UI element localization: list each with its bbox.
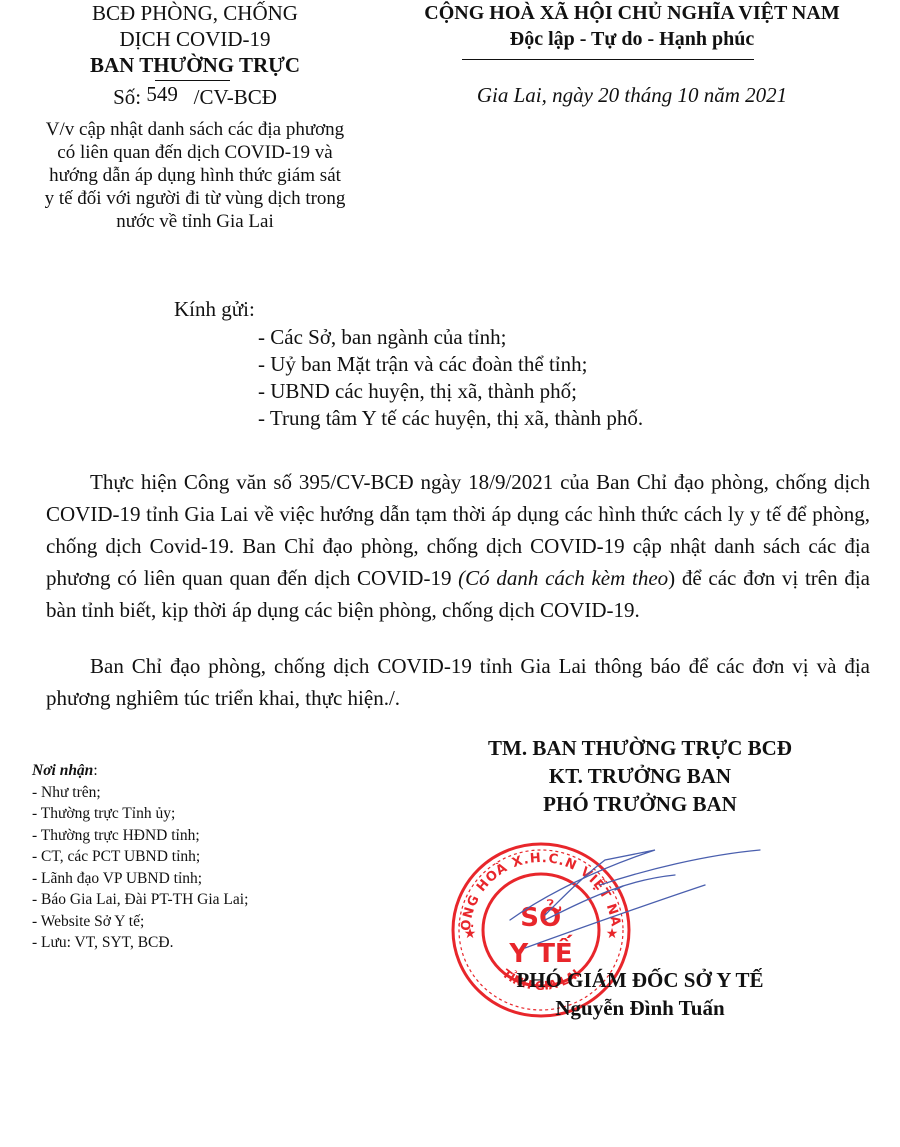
agency-underline xyxy=(155,80,230,81)
issuing-agency-block: BCĐ PHÒNG, CHỐNG DỊCH COVID-19 BAN THƯỜN… xyxy=(40,0,350,233)
number-suffix: /CV-BCĐ xyxy=(194,85,277,109)
recipient-item: - Báo Gia Lai, Đài PT-TH Gia Lai; xyxy=(32,889,248,911)
national-header: CỘNG HOÀ XÃ HỘI CHỦ NGHĨA VIỆT NAM Độc l… xyxy=(372,0,892,52)
svg-text:★: ★ xyxy=(464,927,477,942)
recipient-item: - Như trên; xyxy=(32,782,248,804)
subject-line: nước về tỉnh Gia Lai xyxy=(40,210,350,233)
subject-line: V/v cập nhật danh sách các địa phương xyxy=(40,118,350,141)
subject-line: có liên quan đến dịch COVID-19 và xyxy=(40,141,350,164)
recipients-title: Nơi nhận: xyxy=(32,760,248,782)
addressee-label: Kính gửi: xyxy=(174,297,255,322)
place-date: Gia Lai, ngày 20 tháng 10 năm 2021 xyxy=(372,83,892,108)
signature-title-1: TM. BAN THƯỜNG TRỰC BCĐ xyxy=(420,735,860,761)
addressee-item: - Các Sở, ban ngành của tỉnh; xyxy=(258,324,506,350)
recipients-list: Nơi nhận: - Như trên; - Thường trực Tỉnh… xyxy=(32,760,248,954)
recipient-item: - Thường trực Tỉnh ủy; xyxy=(32,803,248,825)
signature-title-2: KT. TRƯỞNG BAN xyxy=(420,763,860,789)
agency-line-3: BAN THƯỜNG TRỰC xyxy=(40,52,350,78)
addressee-item: - Uỷ ban Mặt trận và các đoàn thể tỉnh; xyxy=(258,351,587,377)
signer-position: PHÓ GIÁM ĐỐC SỞ Y TẾ xyxy=(420,967,860,993)
recipient-item: - Lãnh đạo VP UBND tỉnh; xyxy=(32,868,248,890)
recipient-item: - Thường trực HĐND tỉnh; xyxy=(32,825,248,847)
number-prefix: Số: xyxy=(113,85,141,109)
recipient-item: - CT, các PCT UBND tỉnh; xyxy=(32,846,248,868)
motto-underline xyxy=(462,59,754,60)
signature-title-3: PHÓ TRƯỞNG BAN xyxy=(420,791,860,817)
agency-line-1: BCĐ PHÒNG, CHỐNG xyxy=(40,0,350,26)
recipients-title-text: Nơi nhận xyxy=(32,762,93,779)
addressee-item: - Trung tâm Y tế các huyện, thị xã, thàn… xyxy=(258,405,643,431)
body-paragraph-1: Thực hiện Công văn số 395/CV-BCĐ ngày 18… xyxy=(46,466,870,626)
subject-line: y tế đối với người đi từ vùng dịch trong xyxy=(40,187,350,210)
document-number: Số: 549 /CV-BCĐ xyxy=(40,84,350,110)
subject-block: V/v cập nhật danh sách các địa phương có… xyxy=(40,118,350,233)
signer-name: Nguyễn Đình Tuấn xyxy=(420,995,860,1021)
nation-title: CỘNG HOÀ XÃ HỘI CHỦ NGHĨA VIỆT NAM xyxy=(372,0,892,26)
subject-line: hướng dẫn áp dụng hình thức giám sát xyxy=(40,164,350,187)
para1-italic: (Có danh cách kèm theo xyxy=(458,566,668,590)
recipient-item: - Lưu: VT, SYT, BCĐ. xyxy=(32,932,248,954)
national-motto: Độc lập - Tự do - Hạnh phúc xyxy=(372,26,892,52)
number-value: 549 xyxy=(146,82,178,106)
recipients-colon: : xyxy=(93,762,97,779)
handwritten-signature-icon xyxy=(505,840,775,950)
addressee-item: - UBND các huyện, thị xã, thành phố; xyxy=(258,378,577,404)
agency-line-2: DỊCH COVID-19 xyxy=(40,26,350,52)
body-paragraph-2: Ban Chỉ đạo phòng, chống dịch COVID-19 t… xyxy=(46,650,870,714)
recipient-item: - Website Sở Y tế; xyxy=(32,911,248,933)
